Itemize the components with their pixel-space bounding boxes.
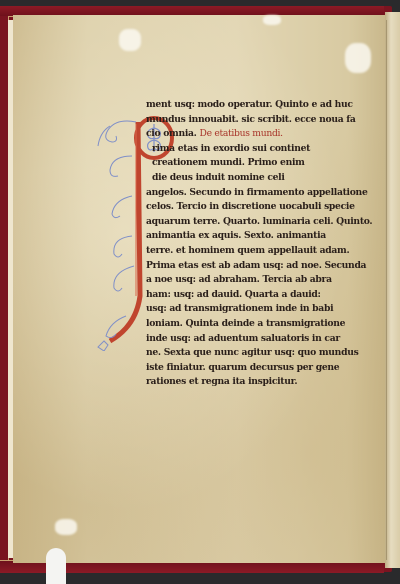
text-line: loniam. Quinta deinde a transmigratione — [146, 317, 382, 332]
gutter-fold — [386, 20, 387, 560]
text-line: a noe usq: ad abraham. Tercia ab abra — [146, 273, 382, 288]
text-line: usq: ad transmigrationem inde in babi — [146, 302, 382, 317]
manuscript-text-block: ment usq: modo operatur. Quinto e ad huc… — [146, 98, 382, 390]
facing-page-edge — [385, 12, 400, 568]
text-line: aquarum terre. Quarto. luminaria celi. Q… — [146, 215, 382, 230]
text-line: rima etas in exordio sui continet — [146, 142, 382, 157]
page-weight-thumb — [46, 548, 66, 584]
text-line: inde usq: ad aduentum saluatoris in car — [146, 332, 382, 347]
text-line: die deus induit nomine celi — [146, 171, 382, 186]
text-line: animantia ex aquis. Sexto. animantia — [146, 229, 382, 244]
text-line: terre. et hominem quem appellauit adam. — [146, 244, 382, 259]
text-line-with-rubric: cio omnia. De etatibus mundi. — [146, 127, 382, 142]
text-line: mundus innouabit. sic scribit. ecce noua… — [146, 113, 382, 128]
text-fragment: cio omnia. — [146, 128, 197, 139]
parchment-stain — [55, 519, 77, 535]
text-line: iste finiatur. quarum decursus per gene — [146, 361, 382, 376]
parchment-stain — [263, 15, 281, 25]
parchment-stain — [119, 29, 141, 51]
parchment-stain — [345, 43, 371, 73]
text-line: creationem mundi. Primo enim — [146, 156, 382, 171]
text-line: celos. Tercio in discretione uocabuli sp… — [146, 200, 382, 215]
rubric-heading: De etatibus mundi. — [200, 128, 283, 139]
text-line: ne. Sexta que nunc agitur usq: quo mundu… — [146, 346, 382, 361]
text-line: Prima etas est ab adam usq: ad noe. Secu… — [146, 259, 382, 274]
text-line: angelos. Secundo in firmamento appellati… — [146, 186, 382, 201]
text-line: ment usq: modo operatur. Quinto e ad huc — [146, 98, 382, 113]
text-line: rationes et regna ita inspicitur. — [146, 375, 382, 390]
text-line: ham: usq: ad dauid. Quarta a dauid: — [146, 288, 382, 303]
